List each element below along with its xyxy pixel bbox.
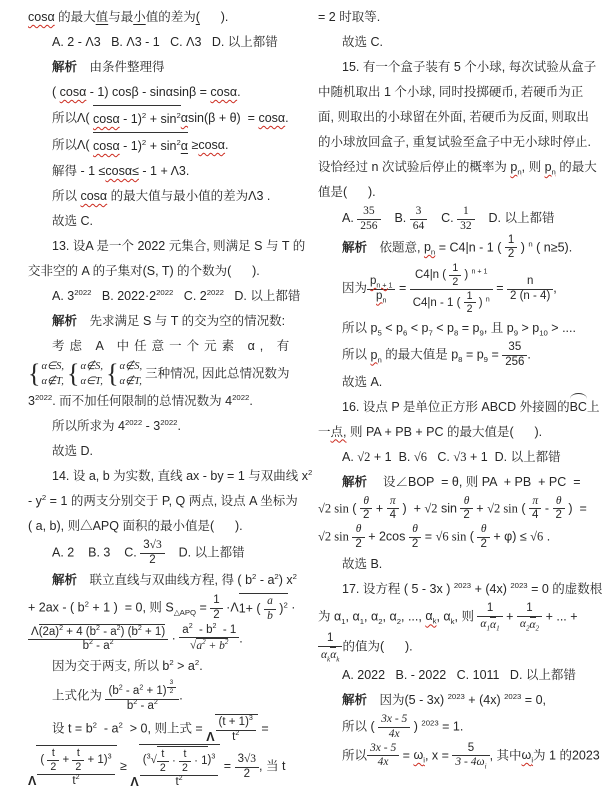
text-line: A. 2022 B. - 2022 C. 1011 D. 以上都错 [318, 663, 603, 688]
text-line: {α∈S,α∉T,{α∉S,α∈T,{α∉S,α∉T,三种情况, 因此总情况数为 [28, 359, 304, 389]
text-line: 17. 设方程 ( 5 - 3x ) 2023 + (4x) 2023 = 0 … [318, 577, 603, 602]
text-line: 14. 设 a, b 为实数, 直线 ax - by = 1 与双曲线 x2 [28, 464, 304, 489]
text-line: 解析 因为(5 - 3x) 2023 + (4x) 2023 = 0, [318, 688, 603, 713]
text-line: 交非空的 A 的子集对(S, T) 的个数为( ). [28, 259, 304, 284]
text-line: 解得 - 1 ≤cosα≤ - 1 + Λ3. [28, 159, 304, 184]
text-line: 一点, 则 PA + PB + PC 的最大值是( ). [318, 420, 603, 445]
text-line: 所以 cosα 的最大值与最小值的差为Λ3 . [28, 184, 304, 209]
text-line: 故选 A. [318, 370, 603, 395]
text-line: 为 α1, α1, α2, α2, ..., αk, αk, 则 1α1α1 +… [318, 602, 603, 633]
text-line: Λ( t2 + t2 + 1)3t2 ≥ Λ(3√t2 · t2 · 1)3t2… [28, 744, 304, 789]
text-line: 所以 p5 < p6 < p7 < p8 = p9, 且 p9 > p10 > … [318, 316, 603, 341]
text-line: = 2 时取等. [318, 5, 603, 30]
text-line: A. √2 + 1 B. √6 C. √3 + 1 D. 以上都错 [318, 445, 603, 470]
text-line: 所以所求为 42022 - 32022. [28, 414, 304, 439]
text-line: √2 sin ( θ2 + π4 ) + √2 sin θ2 + √2 sin … [318, 495, 603, 524]
text-line: - y2 = 1 的两支分别交于 P, Q 两点, 设点 A 坐标为 [28, 489, 304, 514]
text-line: 所以Λ( cosα - 1)2 + sin2α ≥cosα. [28, 132, 304, 159]
text-line: 上式化为 (b2 - a2 + 1)32b2 - a2. [28, 679, 304, 714]
text-line: 值是( ). [318, 180, 603, 205]
text-line: A. 2 B. 3 C. 3√32 D. 以上都错 [28, 539, 304, 568]
text-line: ( cosα - 1) cosβ - sinαsinβ = cosα. [28, 80, 304, 105]
text-line: 解析 先求满足 S 与 T 的交为空的情况数: [28, 309, 304, 334]
text-line: A. 2 - Λ3 B. Λ3 - 1 C. Λ3 D. 以上都错 [28, 30, 304, 55]
text-line: 所以3x - 54x = ωi, x = 53 - 4ωi, 其中ωi为 1 的… [318, 742, 603, 771]
text-line: 解析 联立直线与双曲线方程, 得 ( b2 - a2) x2 [28, 568, 304, 593]
text-line: 设 t = b2 - a2 > 0, 则上式 = Λ(t + 1)3t2 = [28, 714, 304, 745]
document-page: cosα 的最大值与最小值的差为( ).A. 2 - Λ3 B. Λ3 - 1 … [0, 0, 613, 800]
text-line: 解析 设∠BOP = θ, 则 PA + PB + PC = [318, 470, 603, 495]
text-line: 解析 由条件整理得 [28, 55, 304, 80]
text-line: 15. 有一个盒子装有 5 个小球, 每次试验从盒子 [318, 55, 603, 80]
text-line: 故选 C. [28, 209, 304, 234]
text-line: 的小球放回盒子, 重复试验至盒子中无小球时停止. [318, 130, 603, 155]
text-line: ( a, b), 则△APQ 面积的最小值是( ). [28, 514, 304, 539]
text-line: + 2ax - ( b2 + 1 ) = 0, 则 S△APQ = 12 ·Λ1… [28, 593, 304, 624]
text-line: 中随机取出 1 个小球, 同时投掷硬币, 若硬币为正 [318, 80, 603, 105]
left-column: cosα 的最大值与最小值的差为( ).A. 2 - Λ3 B. Λ3 - 1 … [28, 5, 304, 800]
text-line: cosα 的最大值与最小值的差为( ). [28, 5, 304, 30]
text-line: 设恰经过 n 次试验后停止的概率为 pn, 则 pn 的最大 [318, 155, 603, 180]
text-line: A. 35256 B. 364 C. 132 D. 以上都错 [318, 205, 603, 234]
text-line: 所以 ( 3x - 54x ) 2023 = 1. [318, 713, 603, 742]
text-line: 32022. 而不加任何限制的总情况数为 42022. [28, 389, 304, 414]
text-line: 解析 依题意, pn = C4|n - 1 ( 12 ) n ( n≥5). [318, 234, 603, 263]
text-line: √2 sin θ2 + 2cos θ2 = √6 sin ( θ2 + φ) ≤… [318, 523, 603, 552]
text-line: A. 32022 B. 2022·22022 C. 22022 D. 以上都错 [28, 284, 304, 309]
text-line: 因为pn + 1pn = C4|n ( 12 ) n + 1C4|n - 1 (… [318, 262, 603, 316]
text-line: Λ(2a)2 + 4 (b2 - a2) (b2 + 1)b2 - a2 · a… [28, 624, 304, 655]
text-line: 所以 pn 的最大值是 p8 = p9 = 35256. [318, 341, 603, 370]
text-line: 故选 C. [318, 30, 603, 55]
right-column: = 2 时取等.故选 C.15. 有一个盒子装有 5 个小球, 每次试验从盒子中… [318, 5, 603, 800]
text-line: 故选 B. [318, 552, 603, 577]
text-line: 16. 设点 P 是单位正方形 ABCD 外接圆的BC上 [318, 395, 603, 420]
text-line: 面, 则取出的小球留在外面, 若硬币为反面, 则取出 [318, 105, 603, 130]
text-line: 13. 设A 是一个 2022 元集合, 则满足 S 与 T 的 [28, 234, 304, 259]
text-line: 因为交于两支, 所以 b2 > a2. [28, 654, 304, 679]
text-line: 故选 D. [28, 439, 304, 464]
text-line: 所以Λ( cosα - 1)2 + sin2αsin(β + θ) = cosα… [28, 105, 304, 132]
text-line: 考虑 A 中任意一个元素 α, 有 [28, 334, 304, 359]
text-line: 1αkαk的值为( ). [318, 632, 603, 663]
